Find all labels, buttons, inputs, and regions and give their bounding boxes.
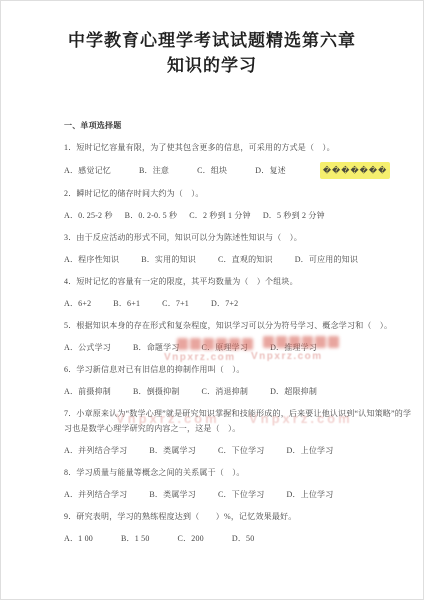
option: D．可应用的知识 (295, 252, 358, 267)
option: B．注意 (139, 163, 169, 178)
question-1-options: A．感觉记忆 B．注意 C．组块 D．复述 ������� (64, 162, 419, 179)
question-9-text: 9．研究表明，学习的熟练程度达到（ ）%，记忆效果最好。 (64, 509, 419, 524)
option: D．上位学习 (286, 443, 333, 458)
option: D．复述 (255, 163, 286, 178)
option: B．实用的知识 (141, 252, 196, 267)
option: A．1 00 (64, 531, 93, 546)
option: C．直观的知识 (218, 252, 273, 267)
option: C．7+1 (162, 296, 189, 311)
option: B．倒摄抑制 (133, 384, 180, 399)
option: A．0. 25-2 秒 (64, 208, 113, 223)
question-8-options: A．并列结合学习 B．类属学习 C．下位学习 D．上位学习 (64, 487, 419, 502)
question-4-text: 4．短时记忆的容量有一定的限度，其平均数量为（ ）个组块。 (64, 274, 419, 289)
document-title: 中学教育心理学考试试题精选第六章 知识的学习 (1, 28, 423, 78)
option: A．并列结合学习 (64, 487, 127, 502)
option: A．前摄抑制 (64, 384, 111, 399)
option: B．命题学习 (133, 340, 180, 355)
question-6-options: A．前摄抑制 B．倒摄抑制 C．消退抑制 D．超限抑制 (64, 384, 419, 399)
option: B．0. 2-0. 5 秒 (125, 208, 178, 223)
section-heading: 一、单项选择题 (64, 118, 419, 133)
option: D．50 (232, 531, 255, 546)
option: B．类属学习 (149, 487, 196, 502)
question-2-text: 2．瞬时记忆的储存时间大约为（ ）。 (64, 186, 419, 201)
option: A．公式学习 (64, 340, 111, 355)
question-2-options: A．0. 25-2 秒 B．0. 2-0. 5 秒 C．2 秒到 1 分钟 D．… (64, 208, 419, 223)
question-1-text: 1．短时记忆容量有限，为了使其包含更多的信息，可采用的方式是（ ）。 (64, 140, 419, 155)
question-7-text: 7．小章原来认为“数学心理”就是研究知识掌握和技能形成的，后来要让他认识到“认知… (64, 406, 419, 436)
option: C．原理学习 (202, 340, 249, 355)
option: C．下位学习 (218, 443, 265, 458)
option: C．下位学习 (218, 487, 265, 502)
option: A．程序性知识 (64, 252, 119, 267)
question-4-options: A．6+2 B．6+1 C．7+1 D．7+2 (64, 296, 419, 311)
option: B．6+1 (113, 296, 140, 311)
option: B．类属学习 (149, 443, 196, 458)
question-3-options: A．程序性知识 B．实用的知识 C．直观的知识 D．可应用的知识 (64, 252, 419, 267)
option: D．推理学习 (270, 340, 317, 355)
question-3-text: 3．由于反应活动的形式不同，知识可以分为陈述性知识与（ ）。 (64, 230, 419, 245)
option: C．组块 (197, 163, 227, 178)
option: D．5 秒到 2 分钟 (263, 208, 325, 223)
question-9-options: A．1 00 B．1 50 C．200 D．50 (64, 531, 419, 546)
question-5-options: A．公式学习 B．命题学习 C．原理学习 D．推理学习 (64, 340, 419, 355)
document-title-line1: 中学教育心理学考试试题精选第六章 (1, 28, 423, 53)
question-6-text: 6．学习新信息对已有旧信息的抑制作用叫（ ）。 (64, 362, 419, 377)
option: A．6+2 (64, 296, 91, 311)
option: C．200 (178, 531, 204, 546)
option: C．2 秒到 1 分钟 (189, 208, 251, 223)
question-5-text: 5．根据知识本身的存在形式和复杂程度，知识学习可以分为符号学习、概念学习和（ ）… (64, 318, 419, 333)
option: A．感觉记忆 (64, 163, 111, 178)
option: D．超限抑制 (270, 384, 317, 399)
option: A．并列结合学习 (64, 443, 127, 458)
document-page: 中学教育心理学考试试题精选第六章 知识的学习 一、单项选择题 1．短时记忆容量有… (0, 0, 424, 600)
option: D．7+2 (211, 296, 238, 311)
document-body: 一、单项选择题 1．短时记忆容量有限，为了使其包含更多的信息，可采用的方式是（ … (64, 118, 419, 546)
option: D．上位学习 (286, 487, 333, 502)
highlighted-glyphs: ������� (320, 162, 390, 179)
question-8-text: 8．学习质量与能量等概念之间的关系属于（ ）。 (64, 465, 419, 480)
option: B．1 50 (121, 531, 150, 546)
document-title-line2: 知识的学习 (1, 53, 423, 78)
option: C．消退抑制 (202, 384, 249, 399)
question-7-options: A．并列结合学习 B．类属学习 C．下位学习 D．上位学习 (64, 443, 419, 458)
